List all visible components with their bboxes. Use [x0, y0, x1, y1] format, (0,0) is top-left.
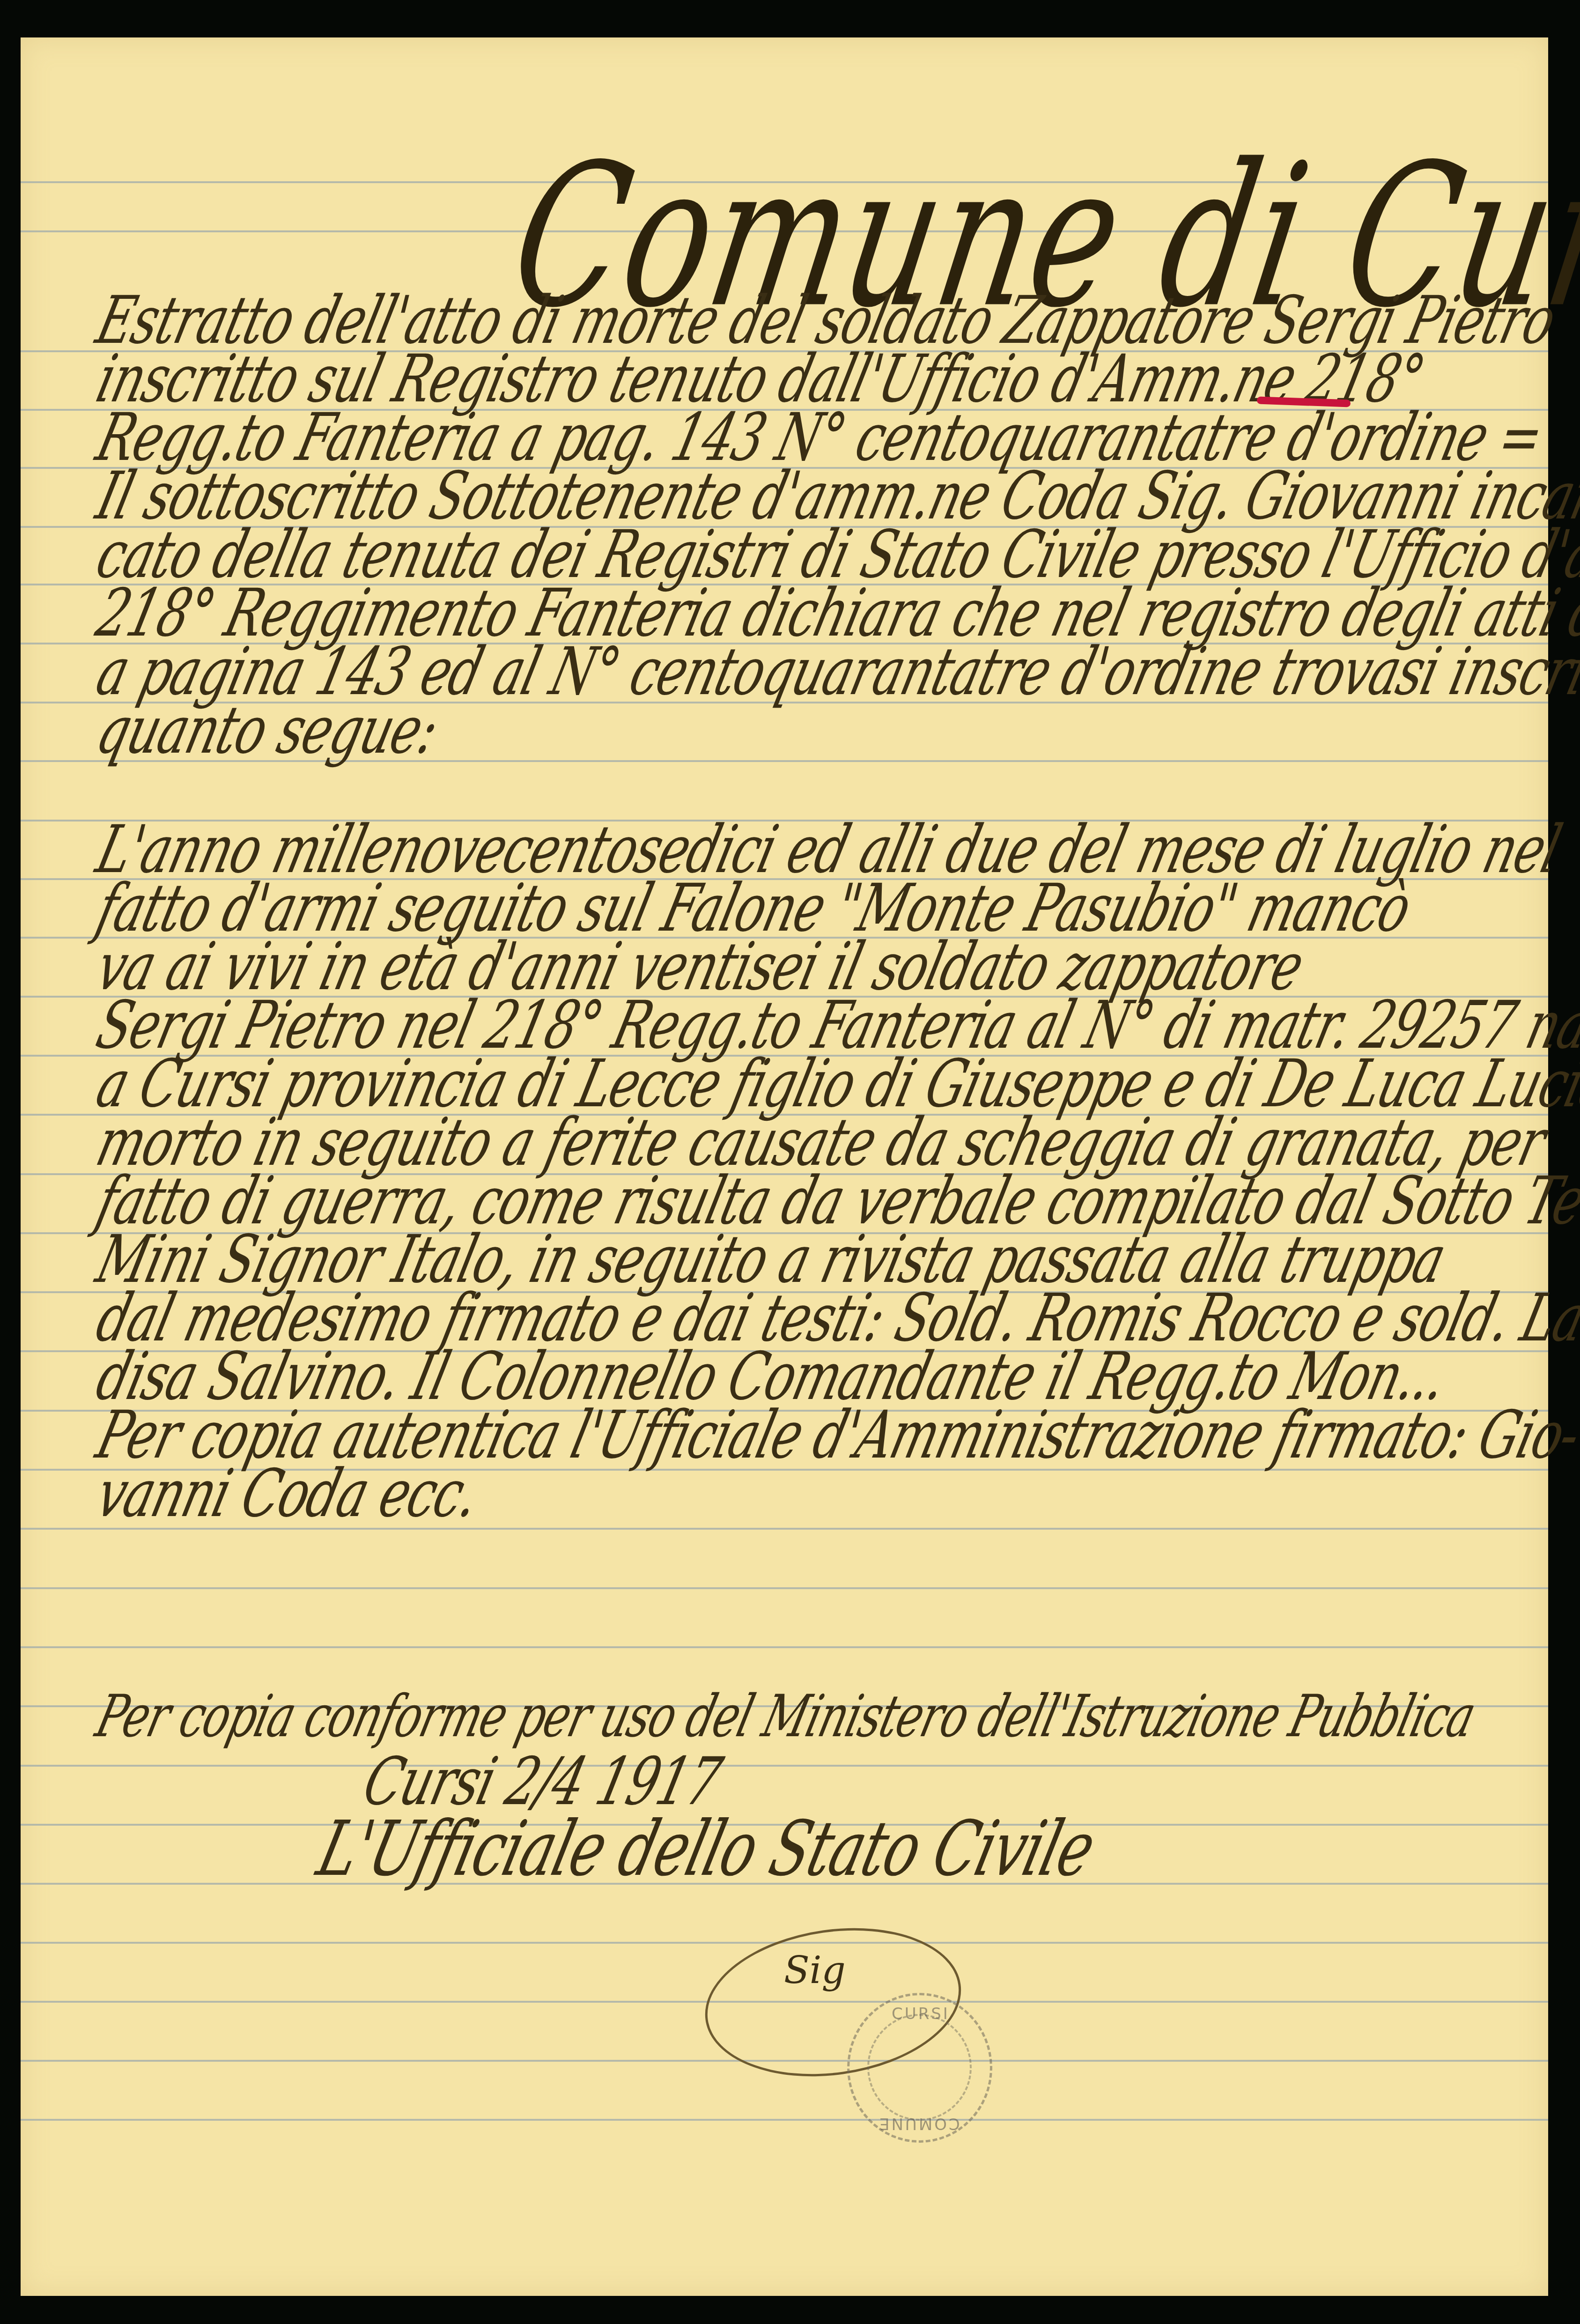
body-line: vanni Coda ecc.: [91, 1461, 1536, 1526]
ruled-line: [21, 1587, 1548, 1589]
stamp-inner-ring: [867, 2014, 972, 2121]
stamp-text-top: CURSI: [892, 2005, 950, 2023]
certification-line: Per copia conforme per uso del Ministero…: [91, 1687, 1535, 1746]
ruled-line: [21, 1646, 1548, 1648]
signatory-title: L'Ufficiale dello Stato Civile: [311, 1812, 1539, 1887]
ruled-line: [21, 2119, 1548, 2121]
document-page: Comune di Cursi Estratto dell'atto di mo…: [21, 37, 1548, 2296]
place-date: Cursi 2/4 1917: [358, 1749, 1536, 1814]
stamp-text-bottom: COMUNE: [878, 2114, 960, 2133]
signature: Sig: [784, 1948, 846, 1992]
municipal-stamp: CURSI COMUNE: [847, 1993, 992, 2143]
body-line: quanto segue:: [91, 697, 1536, 763]
